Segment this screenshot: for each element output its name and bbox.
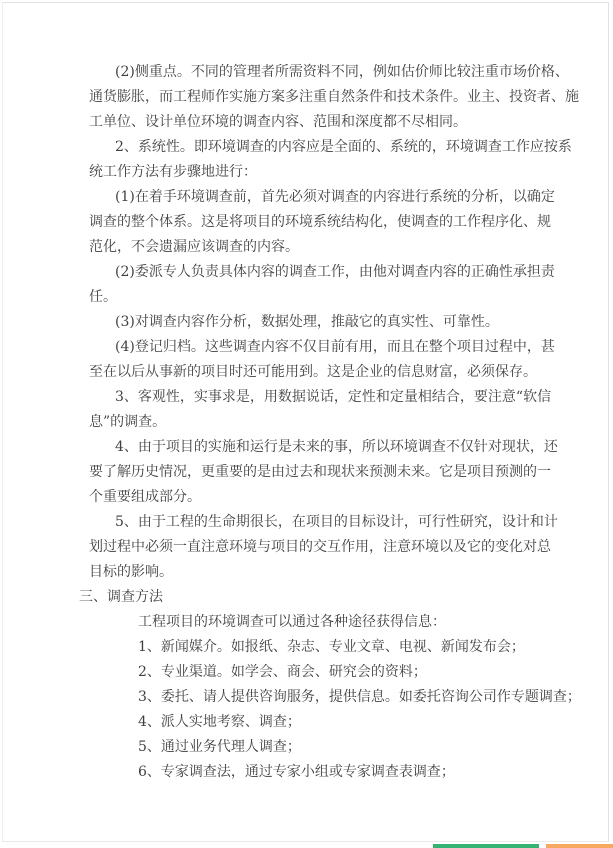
text-line: (4)登记归档。这些调查内容不仅目前有用，而且在整个项目过程中，甚	[89, 335, 549, 360]
text-line: (2)委派专人负责具体内容的调查工作，由他对调查内容的正确性承担责	[89, 260, 549, 285]
text-line: 3、委托、请人提供咨询服务，提供信息。如委托咨询公司作专题调查；	[89, 685, 549, 710]
progress-bar-green	[433, 844, 539, 848]
text-line: (1)在着手环境调查前，首先必须对调查的内容进行系统的分析，以确定	[89, 185, 549, 210]
text-line: 2、专业渠道。如学会、商会、研究会的资料；	[89, 660, 549, 685]
text-line: 范化，不会遗漏应该调查的内容。	[89, 235, 549, 260]
text-line: 统工作方法有步骤地进行：	[89, 160, 549, 185]
text-line: 4、派人实地考察、调查；	[89, 710, 549, 735]
text-line: 个重要组成部分。	[89, 485, 549, 510]
text-line: 任。	[89, 285, 549, 310]
text-line: 目标的影响。	[89, 560, 549, 585]
progress-bar-orange	[546, 844, 613, 848]
document-body: (2)侧重点。不同的管理者所需资料不同，例如估价师比较注重市场价格、通货膨胀，而…	[89, 60, 549, 785]
section-heading: 三、调查方法	[79, 585, 549, 610]
text-line: 划过程中必须一直注意环境与项目的交互作用，注意环境以及它的变化对总	[89, 535, 549, 560]
text-line: 3、客观性，实事求是，用数据说话，定性和定量相结合，要注意“软信	[89, 385, 549, 410]
text-line: 2、系统性。即环境调查的内容应是全面的、系统的，环境调查工作应按系	[89, 135, 549, 160]
text-line: (2)侧重点。不同的管理者所需资料不同，例如估价师比较注重市场价格、	[89, 60, 549, 85]
text-line: 息”的调查。	[89, 410, 549, 435]
text-line: 调查的整个体系。这是将项目的环境系统结构化，使调查的工作程序化、规	[89, 210, 549, 235]
text-line: 工程项目的环境调查可以通过各种途径获得信息：	[89, 610, 549, 635]
text-line: 要了解历史情况，更重要的是由过去和现状来预测未来。它是项目预测的一	[89, 460, 549, 485]
text-line: 4、由于项目的实施和运行是未来的事，所以环境调查不仅针对现状，还	[89, 435, 549, 460]
text-line: 5、由于工程的生命期很长，在项目的目标设计，可行性研究，设计和计	[89, 510, 549, 535]
text-line: 5、通过业务代理人调查；	[89, 735, 549, 760]
text-line: 通货膨胀，而工程师作实施方案多注重自然条件和技术条件。业主、投资者、施	[89, 85, 549, 110]
text-line: 至在以后从事新的项目时还可能用到。这是企业的信息财富，必须保存。	[89, 360, 549, 385]
text-line: 工单位、设计单位环境的调查内容、范围和深度都不尽相同。	[89, 110, 549, 135]
text-line: 6、专家调查法，通过专家小组或专家调查表调查；	[89, 760, 549, 785]
text-line: 1、新闻媒介。如报纸、杂志、专业文章、电视、新闻发布会；	[89, 635, 549, 660]
document-page: (2)侧重点。不同的管理者所需资料不同，例如估价师比较注重市场价格、通货膨胀，而…	[2, 2, 609, 842]
text-line: (3)对调查内容作分析，数据处理，推敲它的真实性、可靠性。	[89, 310, 549, 335]
